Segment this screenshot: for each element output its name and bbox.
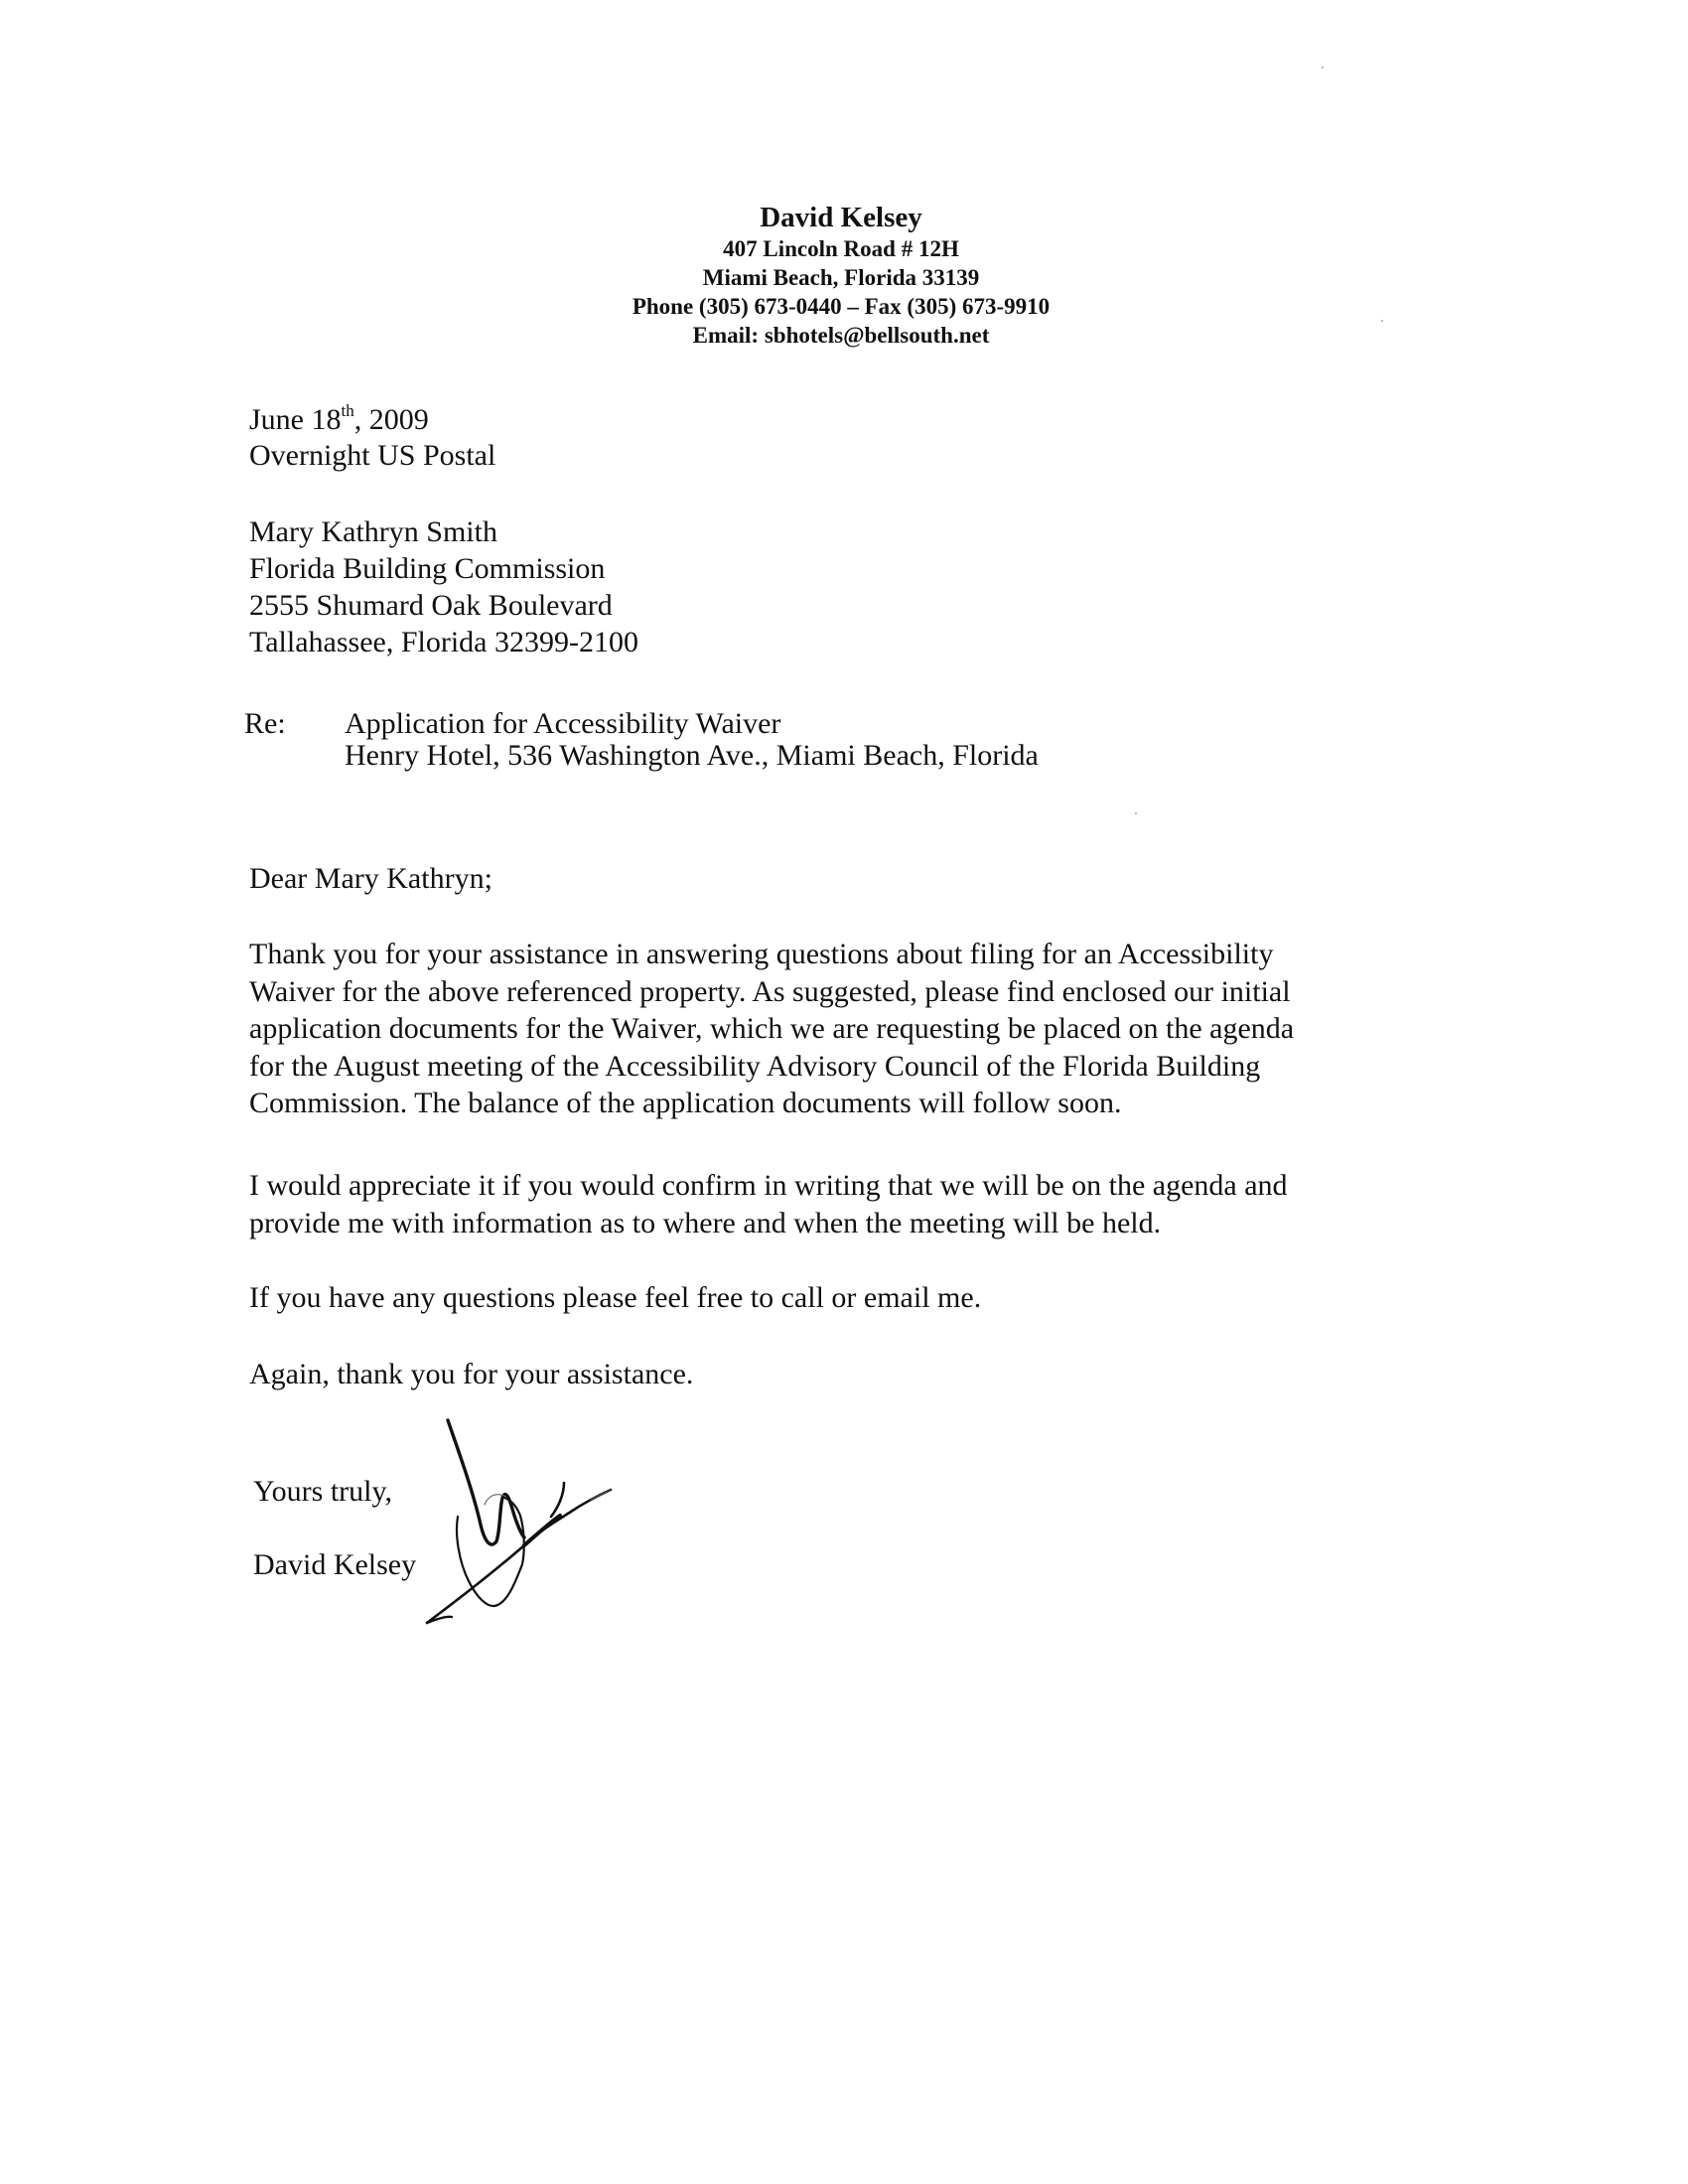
paragraph-line: Again, thank you for your assistance. [249, 1356, 1500, 1393]
recipient-name: Mary Kathryn Smith [249, 513, 497, 551]
letterhead-name: David Kelsey [543, 201, 1139, 234]
re-subject-line-1: Application for Accessibility Waiver [345, 707, 780, 740]
date-year: , 2009 [354, 403, 429, 436]
scan-speck [1135, 812, 1137, 814]
paragraph-line: Thank you for your assistance in answeri… [249, 936, 1500, 973]
letterhead-phone-fax: Phone (305) 673-0440 – Fax (305) 673-991… [543, 292, 1139, 321]
paragraph-line: Waiver for the above referenced property… [249, 973, 1500, 1011]
paragraph-intro: Thank you for your assistance in answeri… [249, 936, 1500, 1122]
recipient-city: Tallahassee, Florida 32399-2100 [249, 624, 638, 661]
delivery-method: Overnight US Postal [249, 437, 495, 475]
date-suffix: th [342, 401, 354, 420]
paragraph-request: I would appreciate it if you would confi… [249, 1167, 1500, 1241]
paragraph-questions: If you have any questions please feel fr… [249, 1279, 1500, 1317]
letterhead-address: 407 Lincoln Road # 12H [543, 234, 1139, 263]
re-subject-line-2: Henry Hotel, 536 Washington Ave., Miami … [345, 739, 1039, 772]
recipient-organization: Florida Building Commission [249, 550, 605, 588]
paragraph-line: I would appreciate it if you would confi… [249, 1167, 1500, 1205]
paragraph-line: Commission. The balance of the applicati… [249, 1085, 1500, 1122]
paragraph-thanks: Again, thank you for your assistance. [249, 1356, 1500, 1393]
paragraph-line: If you have any questions please feel fr… [249, 1279, 1500, 1317]
salutation: Dear Mary Kathryn; [249, 860, 492, 898]
recipient-street: 2555 Shumard Oak Boulevard [249, 587, 613, 625]
date-month-day: June 18 [249, 403, 342, 436]
letterhead-email: Email: sbhotels@bellsouth.net [543, 321, 1139, 350]
closing: Yours truly, [253, 1473, 392, 1511]
paragraph-line: for the August meeting of the Accessibil… [249, 1048, 1500, 1086]
scan-speck [1322, 67, 1324, 69]
letter-page: David Kelsey 407 Lincoln Road # 12H Miam… [0, 0, 1688, 2184]
letterhead-city: Miami Beach, Florida 33139 [543, 263, 1139, 292]
scan-speck [1381, 320, 1383, 322]
signer-name: David Kelsey [253, 1546, 416, 1584]
paragraph-line: provide me with information as to where … [249, 1205, 1500, 1242]
re-label: Re: [244, 707, 286, 741]
paragraph-line: application documents for the Waiver, wh… [249, 1010, 1500, 1048]
